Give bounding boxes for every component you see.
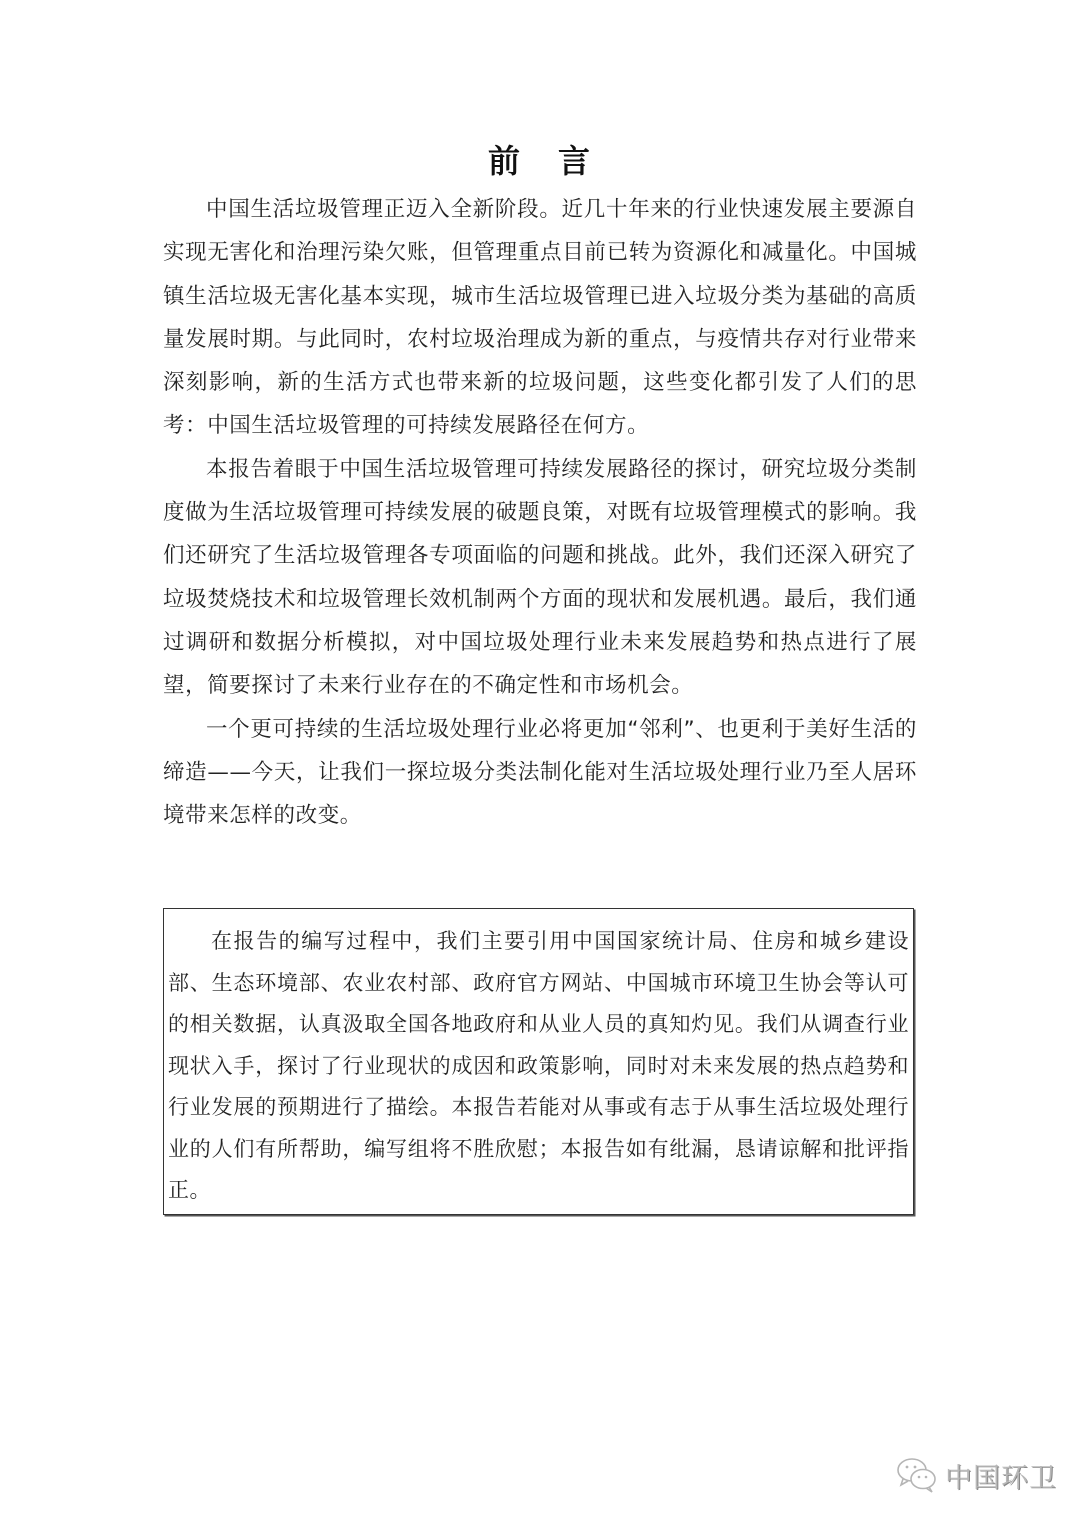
paragraph-2: 本报告着眼于中国生活垃圾管理可持续发展路径的探讨，研究垃圾分类制度做为生活垃圾管… bbox=[163, 448, 917, 708]
note-paragraph: 在报告的编写过程中，我们主要引用中国国家统计局、住房和城乡建设部、生态环境部、农… bbox=[168, 921, 909, 1212]
page-title: 前言 bbox=[0, 136, 1080, 182]
paragraph-3: 一个更可持续的生活垃圾处理行业必将更加“邻利”、也更利于美好生活的缔造——今天，… bbox=[163, 708, 917, 838]
title-char-1: 前 bbox=[488, 136, 522, 182]
wechat-icon bbox=[895, 1455, 939, 1495]
sources-note-box: 在报告的编写过程中，我们主要引用中国国家统计局、住房和城乡建设部、生态环境部、农… bbox=[163, 908, 914, 1215]
watermark-text: 中国环卫 bbox=[945, 1456, 1057, 1495]
paragraph-1: 中国生活垃圾管理正迈入全新阶段。近几十年来的行业快速发展主要源自实现无害化和治理… bbox=[163, 188, 917, 448]
title-char-2: 言 bbox=[558, 136, 592, 182]
watermark: 中国环卫 bbox=[895, 1455, 1057, 1495]
preface-body: 中国生活垃圾管理正迈入全新阶段。近几十年来的行业快速发展主要源自实现无害化和治理… bbox=[163, 188, 917, 837]
